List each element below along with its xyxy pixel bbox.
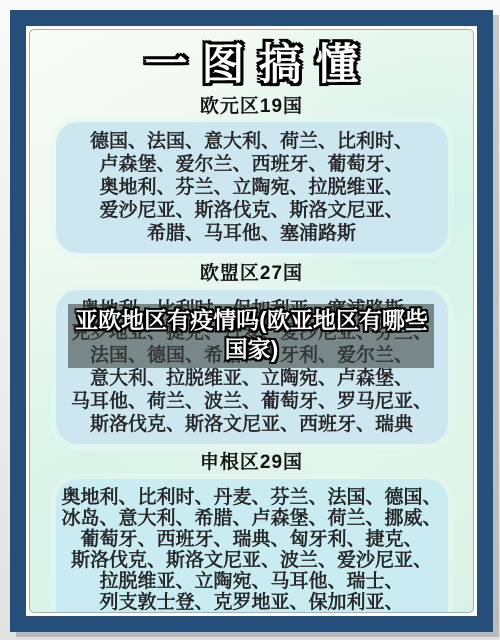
country-line: 葡萄牙、西班牙、瑞典、匈牙利、捷克、 — [56, 529, 448, 550]
country-line: 拉脱维亚、立陶宛、马耳他、瑞士、 — [56, 571, 448, 592]
section-heading-eu: 欧盟区27国 — [30, 263, 473, 285]
schengen-country-box: 奥地利、比利时、丹麦、芬兰、法国、德国、 冰岛、意大利、希腊、卢森堡、荷兰、挪威… — [56, 479, 448, 613]
poster-title: 一图搞懂 — [30, 38, 473, 92]
country-line: 德国、法国、意大利、荷兰、比利时、 — [56, 130, 448, 153]
country-line: 斯洛伐克、斯洛文尼亚、西班牙、瑞典 — [56, 413, 448, 436]
section-heading-schengen: 申根区29国 — [30, 452, 473, 474]
eurozone-country-box: 德国、法国、意大利、荷兰、比利时、 卢森堡、爱尔兰、西班牙、葡萄牙、 奥地利、芬… — [56, 122, 448, 253]
country-line: 冰岛、意大利、希腊、卢森堡、荷兰、挪威、 — [56, 508, 448, 529]
section-heading-eurozone: 欧元区19国 — [30, 96, 473, 118]
overlay-title-line1: 亚欧地区有疫情吗(欧亚地区有哪些 — [44, 306, 460, 335]
poster-card: 一图搞懂 欧元区19国 德国、法国、意大利、荷兰、比利时、 卢森堡、爱尔兰、西班… — [29, 29, 474, 613]
country-line: 奥地利、比利时、丹麦、芬兰、法国、德国、 — [56, 487, 448, 508]
overlay-title-line2: 国家) — [44, 335, 460, 364]
country-line: 卢森堡、爱尔兰、西班牙、葡萄牙、 — [56, 153, 448, 176]
article-title-overlay: 亚欧地区有疫情吗(欧亚地区有哪些 国家) — [44, 306, 460, 364]
navy-frame: 一图搞懂 欧元区19国 德国、法国、意大利、荷兰、比利时、 卢森堡、爱尔兰、西班… — [10, 10, 493, 632]
country-line: 爱沙尼亚、斯洛伐克、斯洛文尼亚、 — [56, 199, 448, 222]
country-line: 斯洛伐克、斯洛文尼亚、波兰、爱沙尼亚、 — [56, 550, 448, 571]
country-line: 意大利、拉脱维亚、立陶宛、卢森堡、 — [56, 367, 448, 390]
country-line: 列支敦士登、克罗地亚、保加利亚、 — [56, 592, 448, 613]
country-line: 希腊、马耳他、塞浦路斯 — [56, 222, 448, 245]
country-line: 马耳他、荷兰、波兰、葡萄牙、罗马尼亚、 — [56, 390, 448, 413]
eu-country-box: 奥地利、比利时、保加利亚、塞浦路斯、 克罗地亚、捷克、丹麦、爱沙尼亚、芬兰、 法… — [56, 290, 448, 444]
infographic-page: 一图搞懂 欧元区19国 德国、法国、意大利、荷兰、比利时、 卢森堡、爱尔兰、西班… — [0, 0, 500, 640]
country-line: 奥地利、芬兰、立陶宛、拉脱维亚、 — [56, 176, 448, 199]
